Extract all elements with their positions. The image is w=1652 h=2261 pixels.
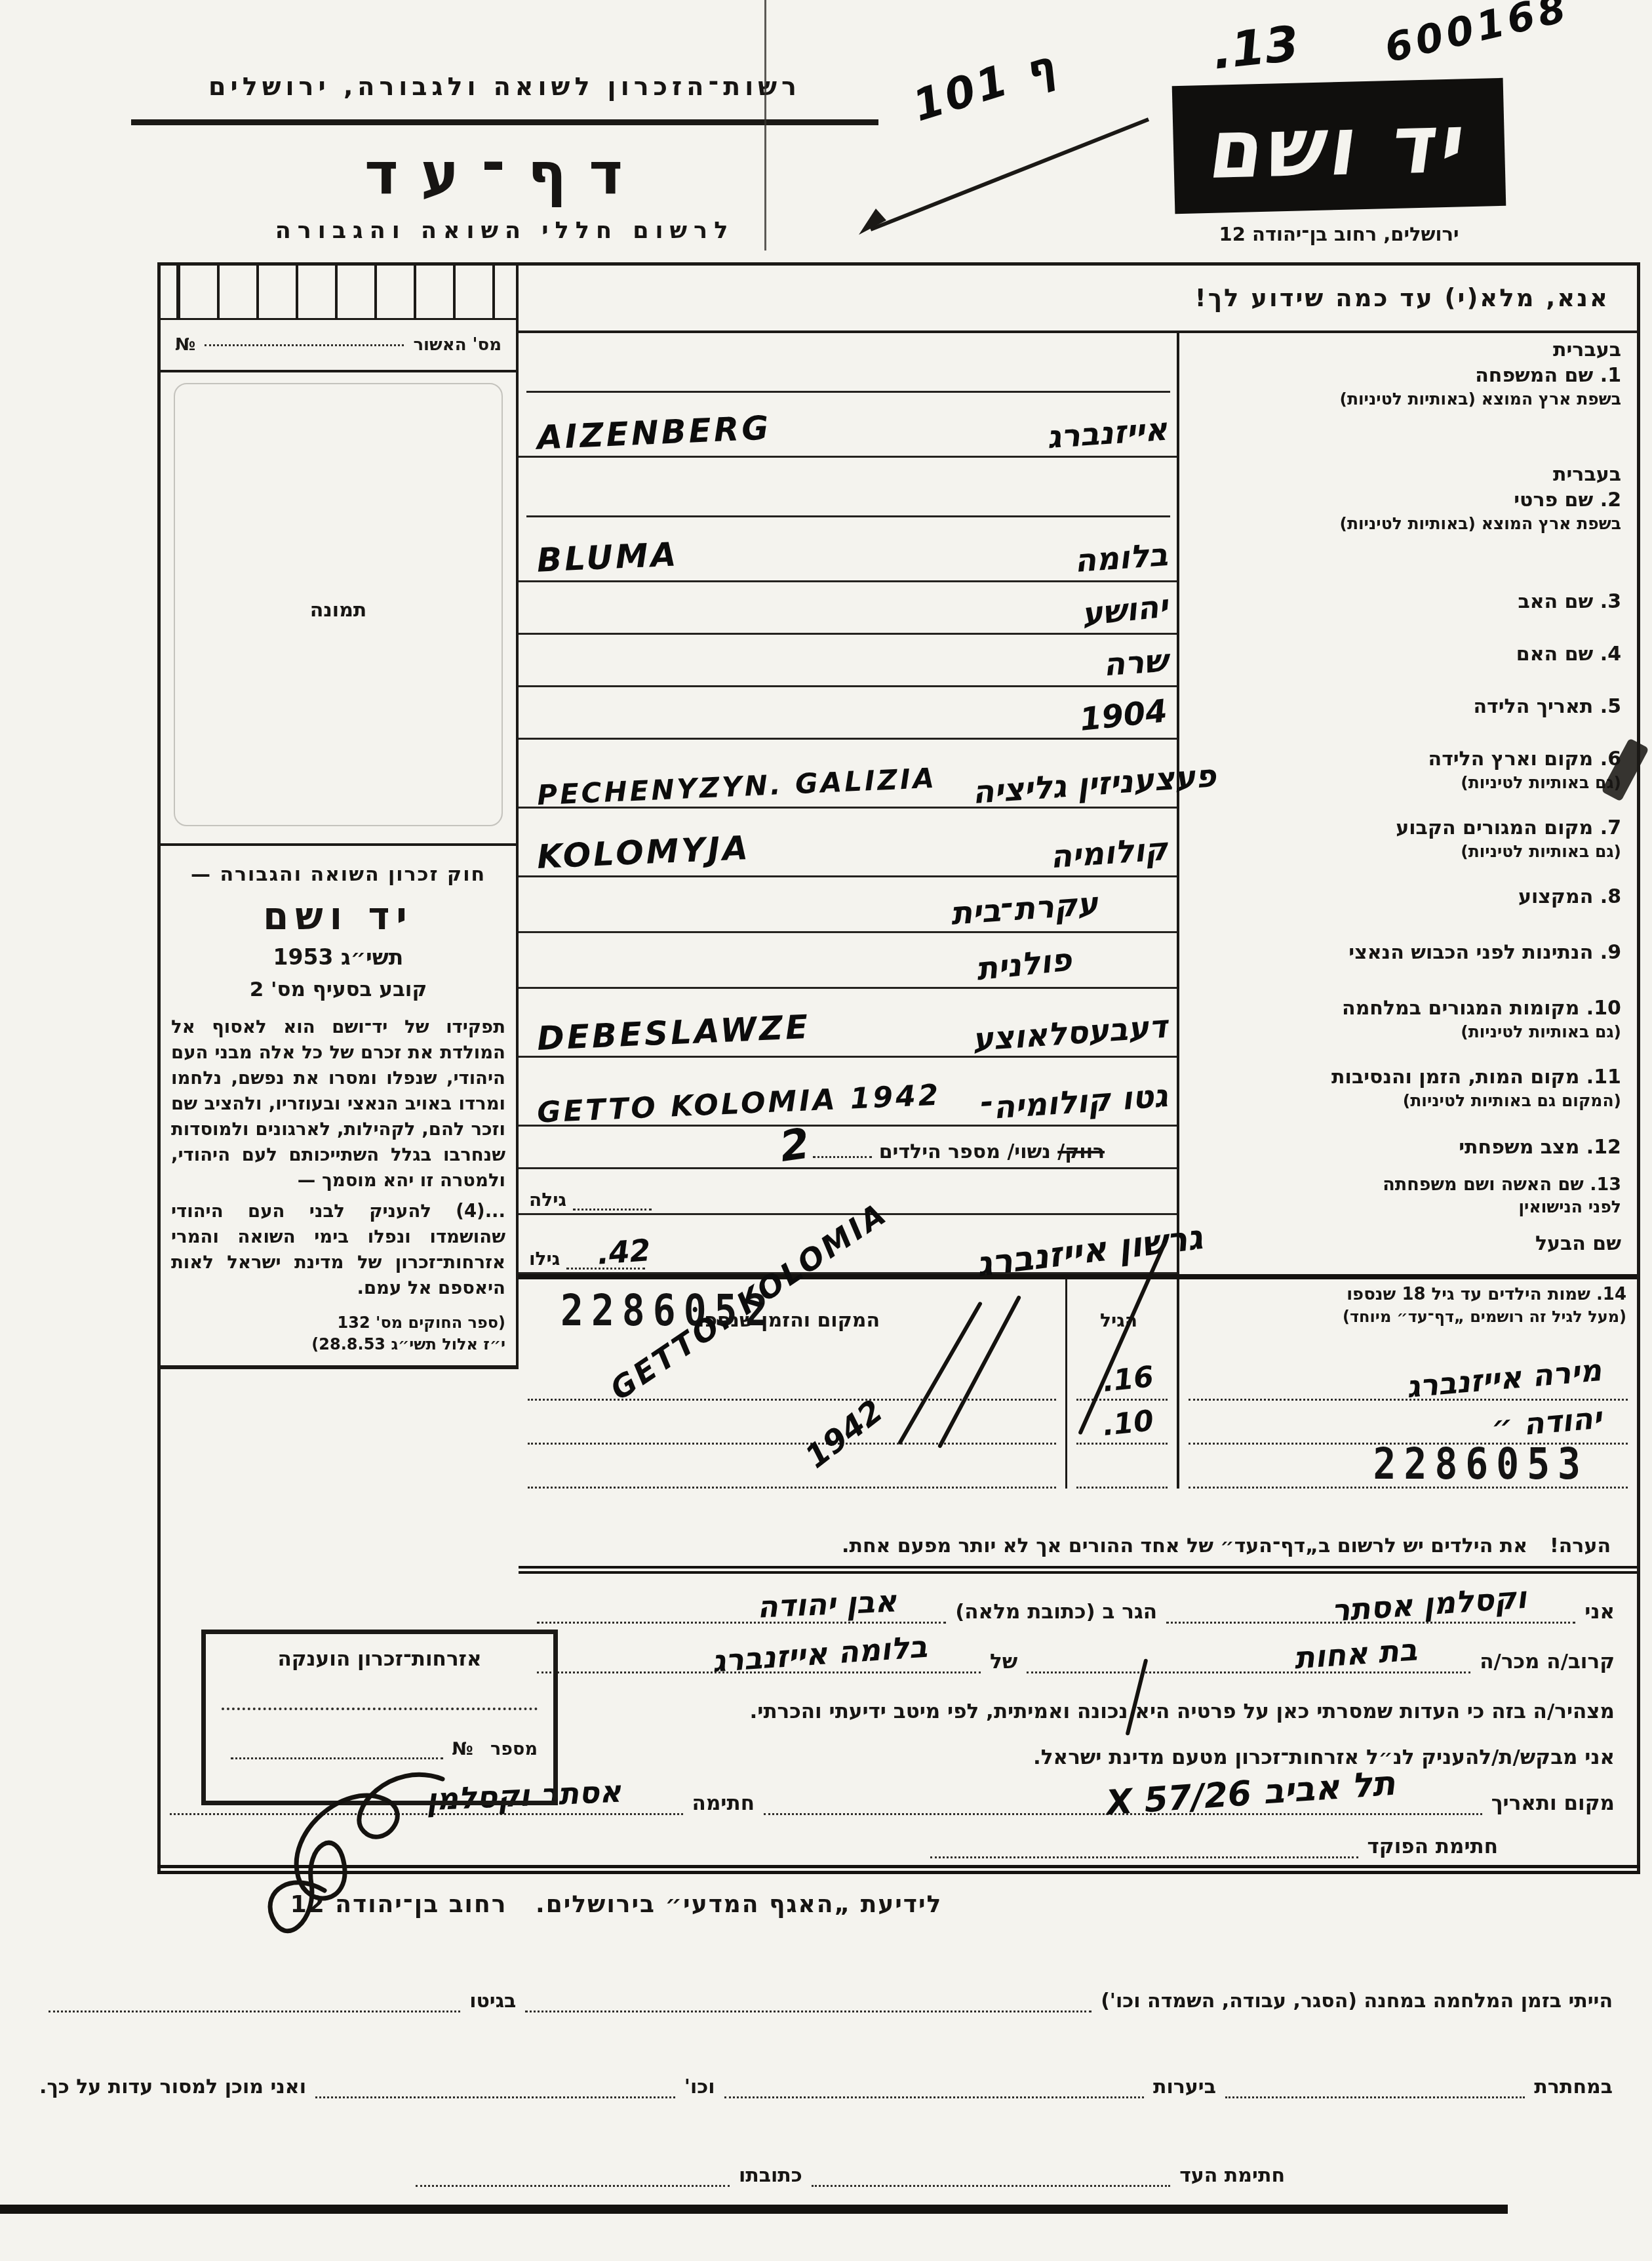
field-number-label: 8. המקצוע xyxy=(1186,885,1621,908)
page-bottom-rule xyxy=(0,2205,1508,2214)
field-label: המקצוע xyxy=(1518,885,1593,908)
note-line: הערה! את הילדים יש לרשום ב„דף־העד״ של אח… xyxy=(519,1525,1637,1566)
note-label: הערה! xyxy=(1550,1534,1611,1557)
her-age-caption: גילה xyxy=(529,1186,652,1211)
field-number-label: 5. תאריך הלידה xyxy=(1186,695,1621,718)
etc-blank xyxy=(315,2096,675,2098)
field-label: מקום המות, הזמן והנסיבות xyxy=(1331,1066,1579,1089)
field-writing-profession: עקרת־בית xyxy=(519,877,1177,933)
handwriting-birth-place-latin: PECHENYZYN. GALIZIA xyxy=(536,762,937,812)
handwriting-victim-name: בלומה אייזנברג xyxy=(711,1629,929,1679)
handwritten-corner-number: 600168 xyxy=(1381,0,1574,71)
children-names-column: 14. שמות הילדים עד גיל 18 שנספו (מעל לגי… xyxy=(1177,1279,1637,1489)
children-age-column: הגיל 16. 10. xyxy=(1065,1279,1177,1489)
field-label-first-name: בעברית 2. שם פרטי בשפת ארץ המוצא (באותיו… xyxy=(1177,458,1637,582)
fields-area: בעברית 1. שם המשפחה בשפת ארץ המוצא (באות… xyxy=(519,333,1637,1274)
field-sublabel: (גם באותיות לטיניות) xyxy=(1186,773,1621,792)
field-label-father-name: 3. שם האב xyxy=(1177,582,1637,635)
field-label: שם הבעל xyxy=(1186,1232,1621,1255)
handwriting-first-name-hebrew: בלומה xyxy=(1073,536,1169,580)
field-number-label: 10. מקומות המגורים במלחמה xyxy=(1186,997,1621,1020)
witness-address-label: כתובתו xyxy=(739,2164,802,2187)
form-box: אנא, מלא(י) עד כמה שידוע לך! מס' האשור №… xyxy=(157,262,1640,1874)
field-writing-first-name: BLUMA בלומה xyxy=(519,458,1177,582)
field-label: מצב משפחתי xyxy=(1459,1136,1579,1159)
age-label: גילה xyxy=(529,1189,566,1211)
field-number-label: 4. שם האם xyxy=(1186,643,1621,666)
field-row-birth-place: 6. מקום וארץ הלידה (גם באותיות לטיניות) … xyxy=(519,740,1637,809)
forests-label: ביערות xyxy=(1153,2075,1216,2098)
law-clause: ...(4) להעניק לבני העם היהודי שהושמדו ונ… xyxy=(171,1199,505,1301)
law-source-line1: (ספר החוקים מס' 132 xyxy=(338,1313,505,1332)
handwriting-family-name-latin: AIZENBERG xyxy=(536,409,772,457)
handwriting-relation: בת אחות xyxy=(1293,1632,1419,1676)
declarant-i-label: אני xyxy=(1584,1600,1615,1624)
underground-label: במחתרת xyxy=(1534,2075,1613,2098)
field-number-label: 9. הנתינות לפני הכבוש הנאצי xyxy=(1186,941,1621,964)
field-label: תאריך הלידה xyxy=(1473,695,1593,718)
official-signature-row: חתימת הפוקד xyxy=(921,1835,1498,1858)
field-label-citizenship: 9. הנתינות לפני הכבוש הנאצי xyxy=(1177,933,1637,989)
section-divider xyxy=(519,1566,1637,1574)
label-in-hebrew: בעברית xyxy=(1186,463,1621,486)
handwriting-residence-hebrew: קולומיה xyxy=(1049,831,1169,875)
approval-blank xyxy=(205,344,404,346)
relative-label: קרוב/ה מכר/ה xyxy=(1480,1650,1615,1673)
field-writing-father-name: יהושע xyxy=(519,582,1177,635)
handwriting-family-name-hebrew: אייזנברג xyxy=(1046,411,1168,456)
footer-question-2: במחתרת ביערות וכו' ואני מוכן למסור עדות … xyxy=(39,2075,1613,2098)
field-label-death-place: 11. מקום המות, הזמן והנסיבות (המקום גם ב… xyxy=(1177,1058,1637,1127)
field-number-label: 12. מצב משפחתי xyxy=(1186,1136,1621,1159)
field-label: שם האב xyxy=(1518,590,1593,613)
law-body: תפקידו של יד־ושם הוא לאסוף אל המולדת את … xyxy=(171,1014,505,1193)
header-rule xyxy=(131,119,878,125)
field-label-family-name: בעברית 1. שם המשפחה בשפת ארץ המוצא (באות… xyxy=(1177,333,1637,458)
field-number-label: 1. שם המשפחה xyxy=(1186,364,1621,387)
child-place-row-2 xyxy=(528,1401,1056,1445)
status-option-single: רווק/ xyxy=(1057,1140,1105,1163)
field-number: 7. xyxy=(1600,816,1621,839)
field-label: מקומות המגורים במלחמה xyxy=(1342,997,1579,1020)
field-label-war-residence: 10. מקומות המגורים במלחמה (גם באותיות לט… xyxy=(1177,989,1637,1058)
place-date-blank: תל אביב 26/X 57 xyxy=(764,1813,1482,1815)
handwriting-husband-age: 42. xyxy=(596,1232,652,1271)
approval-number-row: מס' האשור № xyxy=(161,320,516,372)
ruled-line-empty xyxy=(526,515,1170,517)
instruction-row: אנא, מלא(י) עד כמה שידוע לך! xyxy=(519,266,1637,333)
approval-symbol: № xyxy=(175,335,195,355)
relation-blank: בת אחות xyxy=(1027,1671,1470,1673)
field-row-first-name: בעברית 2. שם פרטי בשפת ארץ המוצא (באותיו… xyxy=(519,458,1637,582)
handwriting-child-name-1: מירה אייזנברג xyxy=(1405,1352,1603,1405)
child-name-row-3: 2286053 xyxy=(1189,1445,1628,1489)
field-writing-death-place: GETTO KOLOMIA 1942 גטו קולומיה־ xyxy=(519,1058,1177,1127)
field-number: 9. xyxy=(1600,941,1621,964)
field-number: 4. xyxy=(1600,643,1621,666)
yad-vashem-logo: יד ושם xyxy=(1172,78,1506,214)
handwritten-number-13: 13. xyxy=(1210,15,1301,80)
law-section: קובע בסעיף מס' 2 xyxy=(171,978,505,1001)
camp-question-label: הייתי בזמן המלחמה במחנה (הסגר, עבודה, הש… xyxy=(1101,1990,1613,2012)
field-writing-birth-place: PECHENYZYN. GALIZIA פעצעניזין גליציה xyxy=(519,740,1177,809)
perforation-strip xyxy=(161,266,516,320)
field-writing-mother-name: שרה xyxy=(519,635,1177,687)
field-row-family-name: בעברית 1. שם המשפחה בשפת ארץ המוצא (באות… xyxy=(519,333,1637,458)
handwriting-residence-latin: KOLOMYJA xyxy=(536,829,751,876)
handwriting-death-place-hebrew: גטו קולומיה־ xyxy=(979,1077,1169,1127)
field-label-marital-status: 12. מצב משפחתי xyxy=(1177,1127,1637,1169)
header-block: רשות־הזכרון לשואה ולגבורה, ירושלים דף־עד… xyxy=(131,72,878,244)
handwriting-place-date: תל אביב 26/X 57 xyxy=(1105,1764,1397,1824)
field-row-mother-name: 4. שם האם שרה xyxy=(519,635,1637,687)
note-text: את הילדים יש לרשום ב„דף־העד״ של אחד ההור… xyxy=(842,1534,1527,1557)
forests-blank xyxy=(724,2096,1144,2098)
age-column-header: הגיל xyxy=(1067,1279,1177,1357)
law-year: תשי״ג 1953 xyxy=(171,944,505,970)
place-date-label: מקום ותאריך xyxy=(1491,1791,1615,1815)
field-writing-marital-status: רווק/ נשוי/ מספר הילדים 2 xyxy=(519,1127,1177,1169)
field-number: 5. xyxy=(1600,695,1621,718)
underground-blank xyxy=(1225,2096,1525,2098)
declaration-section: אני וקסלמן אסתר הגר ב (כתובת מלאה) אבן י… xyxy=(161,1580,1637,1871)
status-option-married-children: נשוי/ מספר הילדים xyxy=(879,1140,1051,1163)
handwriting-declarant-address: אבן יהודה xyxy=(757,1583,897,1624)
field-number: 13. xyxy=(1590,1174,1621,1195)
form-subtitle: לרשום חללי השואה והגבורה xyxy=(131,218,878,244)
official-signature-scribble xyxy=(246,1753,469,1969)
field-row-father-name: 3. שם האב יהושע xyxy=(519,582,1637,635)
age-label: גילו xyxy=(529,1248,560,1270)
law-logo-text: יד ושם xyxy=(171,894,505,938)
field-row-wife-name: 13. שם האשה ושם משפחתה לפני הנישואין גיל… xyxy=(519,1169,1637,1215)
declarant-row: אני וקסלמן אסתר הגר ב (כתובת מלאה) אבן י… xyxy=(161,1600,1615,1624)
declarant-name-blank: וקסלמן אסתר xyxy=(1166,1622,1575,1624)
field-writing-war-residence: DEBESLAWZE דעבעסלאוצע xyxy=(519,989,1177,1058)
field-number-label: 6. מקום וארץ הלידה xyxy=(1186,748,1621,770)
photo-box: תמונה xyxy=(161,372,516,846)
handwriting-death-place-latin: GETTO KOLOMIA 1942 xyxy=(536,1079,941,1130)
field-label-birth-place: 6. מקום וארץ הלידה (גם באותיות לטיניות) xyxy=(1177,740,1637,809)
field-sublabel: לפני הנישואין xyxy=(1186,1197,1621,1216)
memorial-number-label: מספר xyxy=(490,1739,538,1759)
children-header-line1: 14. שמות הילדים עד גיל 18 שנספו xyxy=(1183,1283,1626,1306)
witness-signature-label: חתימת העד xyxy=(1179,2164,1285,2187)
field-label: מקום המגורים הקבוע xyxy=(1396,816,1593,839)
signature-label: חתימה xyxy=(692,1791,755,1815)
handwriting-war-residence-hebrew: דעבעסלאוצע xyxy=(972,1009,1169,1059)
field-sublabel: בשפת ארץ המוצא (באותיות לטיניות) xyxy=(1186,514,1621,533)
official-signature-label: חתימת הפוקד xyxy=(1367,1835,1498,1858)
resides-label: הגר ב (כתובת מלאה) xyxy=(955,1600,1157,1624)
memorial-box-title: אזרחות־זכרון הוענקה xyxy=(222,1647,538,1671)
field-row-residence: 7. מקום המגורים הקבוע (גם באותיות לטיניו… xyxy=(519,809,1637,877)
child-age-row-1: 16. xyxy=(1076,1357,1168,1401)
etc-label: וכו' xyxy=(684,2075,715,2098)
handwriting-profession: עקרת־בית xyxy=(949,885,1099,932)
testimony-page-scan: רשות־הזכרון לשואה ולגבורה, ירושלים דף־עד… xyxy=(0,0,1652,2261)
field-sublabel: (גם באותיות לטיניות) xyxy=(1186,842,1621,861)
field-row-citizenship: 9. הנתינות לפני הכבוש הנאצי פולנית xyxy=(519,933,1637,989)
handwriting-birth-year: 1904 xyxy=(1078,692,1170,738)
field-row-profession: 8. המקצוע עקרת־בית xyxy=(519,877,1637,933)
field-label: שם האם xyxy=(1516,643,1593,666)
approval-label: מס' האשור xyxy=(413,335,501,355)
declarant-address-blank: אבן יהודה xyxy=(537,1622,946,1624)
field-label: שם המשפחה xyxy=(1475,364,1593,387)
field-number: 11. xyxy=(1586,1066,1621,1089)
handwriting-first-name-latin: BLUMA xyxy=(536,535,680,579)
field-writing-birth-date: 1904 xyxy=(519,687,1177,740)
field-number: 6. xyxy=(1600,748,1621,770)
law-title: חוק זכרון השואה והגבורה — xyxy=(171,863,505,886)
witness-signature-blank xyxy=(812,2185,1170,2187)
victim-name-blank: בלומה אייזנברג xyxy=(537,1671,981,1673)
handwriting-war-residence-latin: DEBESLAWZE xyxy=(536,1008,811,1058)
field-writing-residence: KOLOMYJA קולומיה xyxy=(519,809,1177,877)
field-label-husband-name: שם הבעל xyxy=(1177,1215,1637,1274)
child-place-row-3 xyxy=(528,1445,1056,1489)
handwriting-mother-name: שרה xyxy=(1102,643,1168,684)
child-name-row-2: יהודה ״ xyxy=(1189,1401,1628,1445)
law-text-block: חוק זכרון השואה והגבורה — יד ושם תשי״ג 1… xyxy=(161,846,516,1356)
witness-address-blank xyxy=(416,2185,730,2187)
field-number: 3. xyxy=(1600,590,1621,613)
field-number: 2. xyxy=(1600,489,1621,511)
label-in-hebrew: בעברית xyxy=(1186,338,1621,361)
field-label: הנתינות לפני הכבוש הנאצי xyxy=(1348,941,1593,964)
field-writing-citizenship: פולנית xyxy=(519,933,1177,989)
field-number-label: 11. מקום המות, הזמן והנסיבות xyxy=(1186,1066,1621,1089)
field-row-death-place: 11. מקום המות, הזמן והנסיבות (המקום גם ב… xyxy=(519,1058,1637,1127)
footer-signature-row: חתימת העד כתובתו xyxy=(39,2164,1613,2187)
field-number-label: 13. שם האשה ושם משפחתה xyxy=(1186,1174,1621,1195)
field-row-war-residence: 10. מקומות המגורים במלחמה (גם באותיות לט… xyxy=(519,989,1637,1058)
field-sublabel: בשפת ארץ המוצא (באותיות לטיניות) xyxy=(1186,390,1621,409)
form-title: דף־עד xyxy=(131,140,878,207)
handwriting-child-name-2: יהודה ״ xyxy=(1490,1400,1603,1445)
handwriting-father-name: יהושע xyxy=(1080,588,1170,633)
fill-instruction: אנא, מלא(י) עד כמה שידוע לך! xyxy=(1195,284,1637,312)
logo-text: יד ושם xyxy=(1204,95,1474,197)
office-address: ירושלים, רחוב בן־יהודה 12 xyxy=(1173,223,1504,245)
marital-status-printed: רווק/ נשוי/ מספר הילדים xyxy=(813,1140,1105,1163)
ready-to-testify-label: ואני מוכן למסור עדות על כך. xyxy=(39,2075,306,2098)
field-number-label: 3. שם האב xyxy=(1186,590,1621,613)
photo-label: תמונה xyxy=(161,599,516,622)
children-names-header: 14. שמות הילדים עד גיל 18 שנספו (מעל לגי… xyxy=(1179,1279,1637,1357)
field-label: שם האשה ושם משפחתה xyxy=(1383,1174,1584,1195)
authority-title: רשות־הזכרון לשואה ולגבורה, ירושלים xyxy=(131,72,878,101)
field-label-birth-date: 5. תאריך הלידה xyxy=(1177,687,1637,740)
field-number: 10. xyxy=(1586,997,1621,1020)
footer-question-1: הייתי בזמן המלחמה במחנה (הסגר, עבודה, הש… xyxy=(39,1990,1613,2012)
field-number: 12. xyxy=(1586,1136,1621,1159)
ghetto-blank xyxy=(49,2011,460,2012)
field-label: מקום וארץ הלידה xyxy=(1428,748,1594,770)
official-signature-blank xyxy=(930,1856,1358,1858)
field-number: 8. xyxy=(1600,885,1621,908)
ghetto-label: בגיטו xyxy=(469,1990,516,2012)
child-age-row-3 xyxy=(1076,1445,1168,1489)
memorial-box-blank xyxy=(222,1708,538,1710)
handwriting-declarant-name: וקסלמן אסתר xyxy=(1330,1580,1527,1629)
children-count-dots xyxy=(813,1143,872,1158)
children-place-column: המקום והזמן שנספו 2286052 GETTO. KOLOMIA… xyxy=(519,1279,1065,1489)
field-number-label: 2. שם פרטי xyxy=(1186,489,1621,511)
children-header-line2: (מעל לגיל זה רושמים „דף־עד״ מיוחד) xyxy=(1183,1306,1626,1327)
of-label: של xyxy=(990,1650,1017,1673)
annotation-arrow xyxy=(852,110,1160,248)
field-label: שם פרטי xyxy=(1514,489,1593,511)
age-dots xyxy=(573,1186,652,1211)
field-row-husband-name: שם הבעל גרשון אייזנברג גילו 42. xyxy=(519,1215,1637,1274)
field-writing-family-name: AIZENBERG אייזנברג xyxy=(519,333,1177,458)
handwriting-children-count: 2 xyxy=(777,1119,813,1171)
law-source: (ספר החוקים מס' 132 י״ז אלול תשי״ג 28.8.… xyxy=(171,1312,505,1356)
children-table: 14. שמות הילדים עד גיל 18 שנספו (מעל לגי… xyxy=(519,1274,1637,1489)
registration-stamp-2286053: 2286053 xyxy=(1373,1439,1588,1489)
left-column: מס' האשור № תמונה חוק זכרון השואה והגבור… xyxy=(161,266,519,1369)
camp-blank xyxy=(525,2011,1091,2012)
scan-fold-artifact xyxy=(764,0,766,250)
field-label-wife-name: 13. שם האשה ושם משפחתה לפני הנישואין xyxy=(1177,1169,1637,1215)
field-number: 1. xyxy=(1600,364,1621,387)
field-writing-wife-name: גילה xyxy=(519,1169,1177,1215)
handwriting-citizenship: פולנית xyxy=(975,942,1074,988)
handwriting-child-age-2: 10. xyxy=(1101,1404,1156,1443)
field-label-residence: 7. מקום המגורים הקבוע (גם באותיות לטיניו… xyxy=(1177,809,1637,877)
field-sublabel: (גם באותיות לטיניות) xyxy=(1186,1022,1621,1041)
field-row-birth-date: 5. תאריך הלידה 1904 xyxy=(519,687,1637,740)
ruled-line-empty xyxy=(526,391,1170,393)
field-sublabel: (המקום גם באותיות לטיניות) xyxy=(1186,1091,1621,1110)
field-label-profession: 8. המקצוע xyxy=(1177,877,1637,933)
field-number-label: 7. מקום המגורים הקבוע xyxy=(1186,816,1621,839)
field-label-mother-name: 4. שם האם xyxy=(1177,635,1637,687)
field-row-marital-status: 12. מצב משפחתי רווק/ נשוי/ מספר הילדים 2 xyxy=(519,1127,1637,1169)
law-source-line2: י״ז אלול תשי״ג 28.8.53) xyxy=(311,1335,505,1353)
child-name-row-1: מירה אייזנברג xyxy=(1189,1357,1628,1401)
